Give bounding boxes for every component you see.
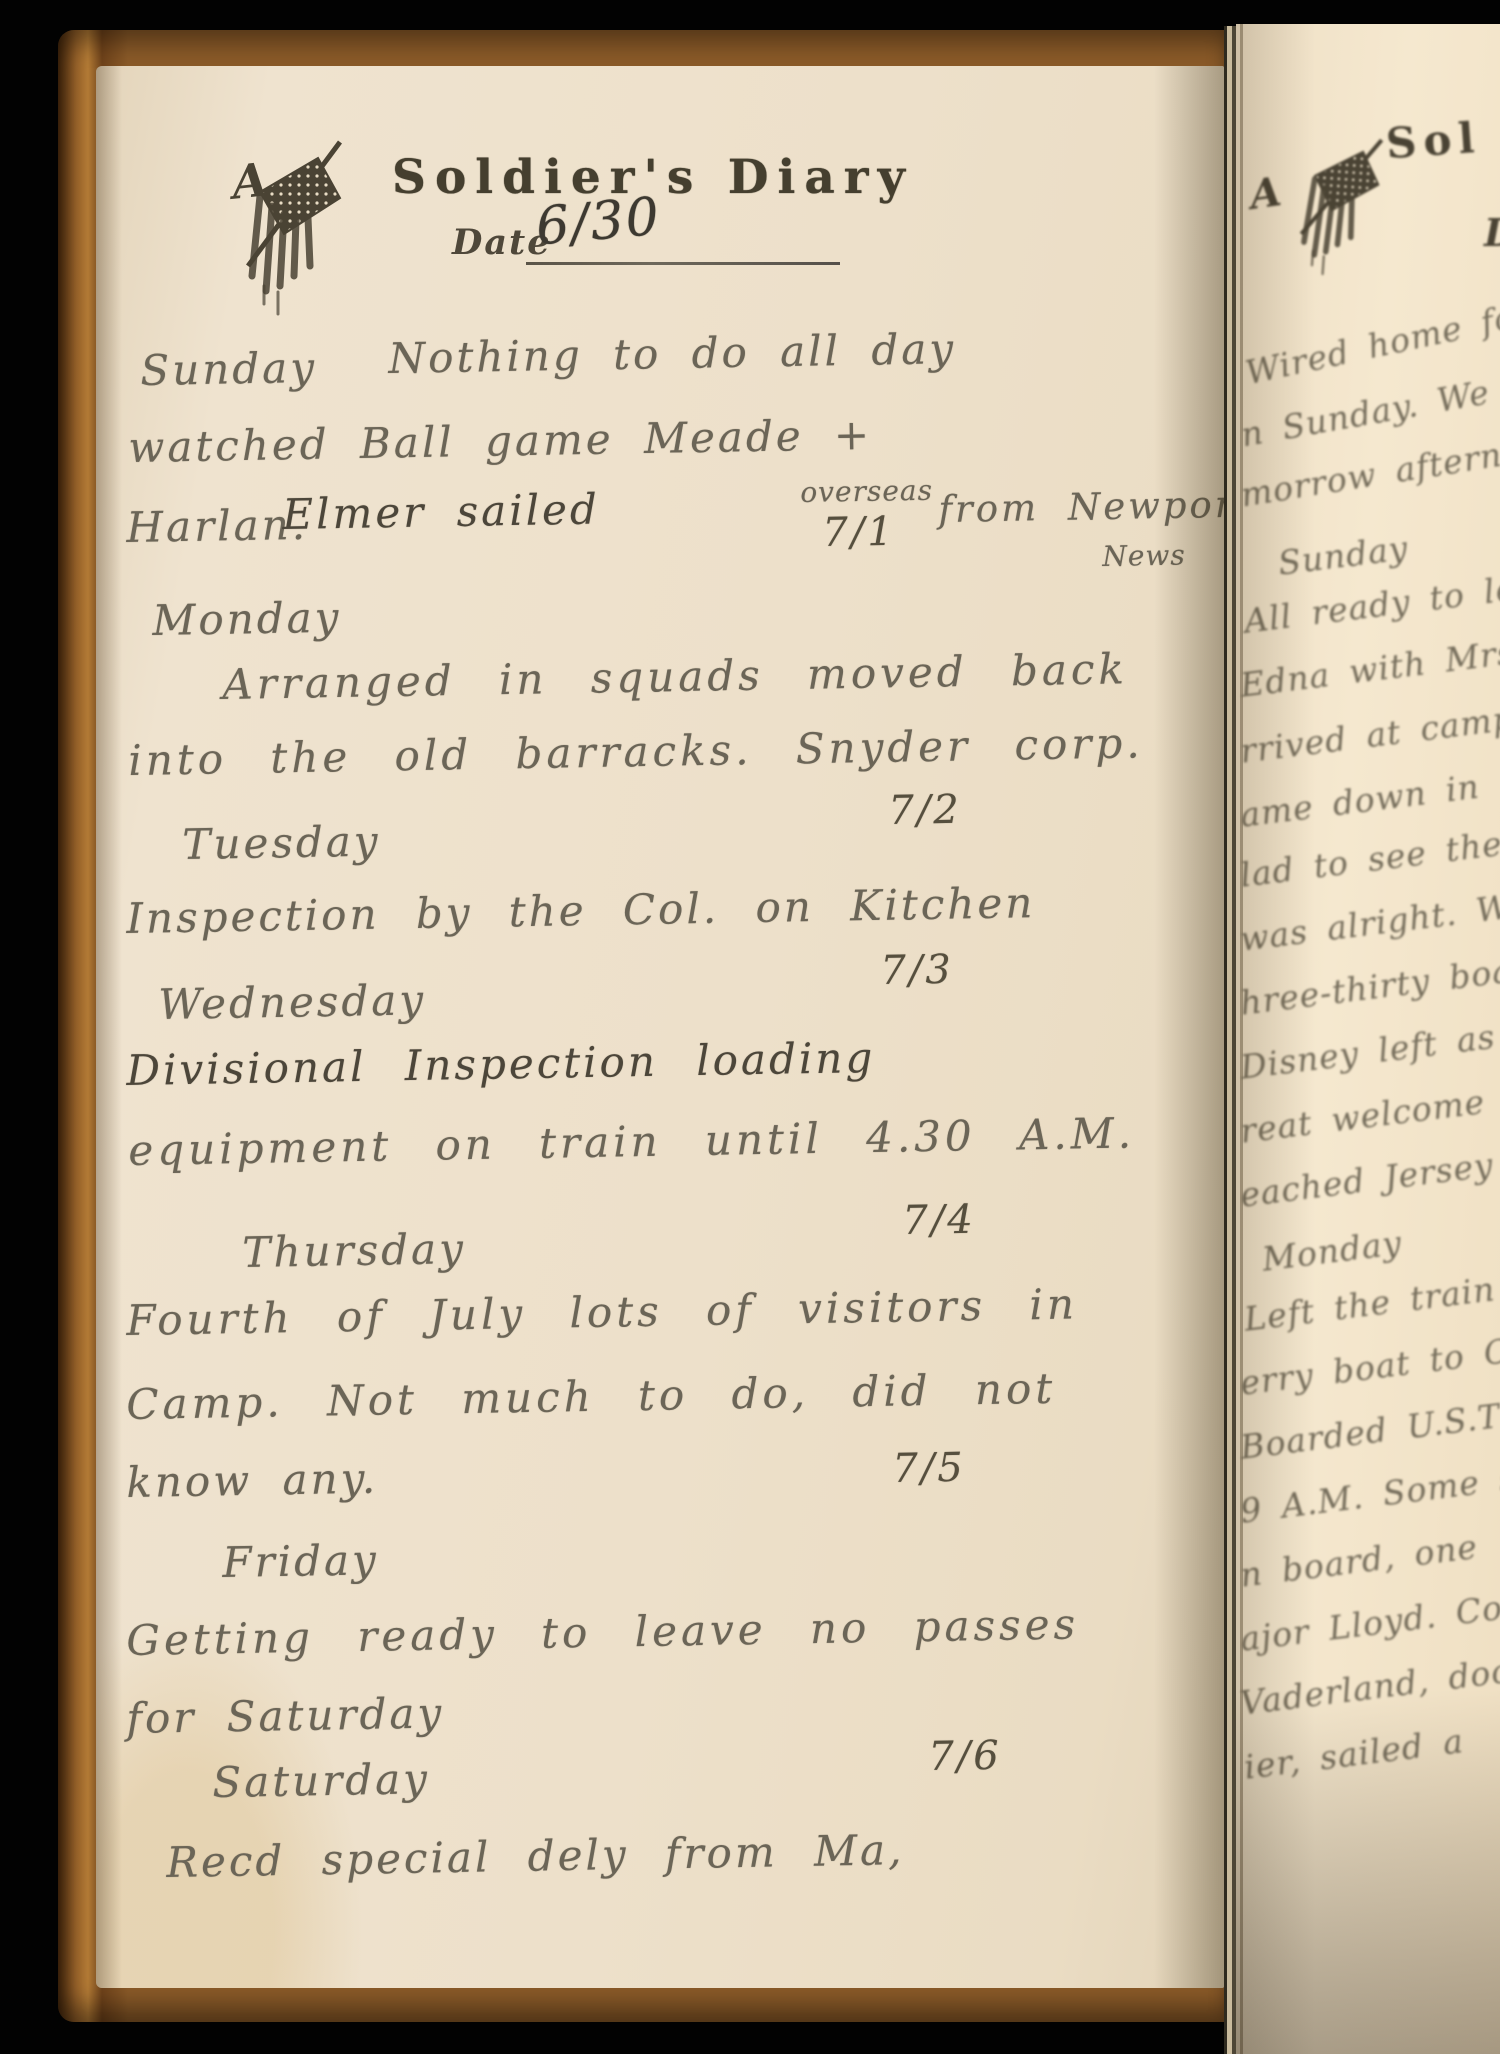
date-label-fragment: D	[1484, 210, 1500, 255]
diary-line: eached Jersey	[1238, 1145, 1496, 1215]
diary-line: Sunday	[1276, 528, 1410, 583]
date-underline	[526, 262, 840, 265]
diary-line: Fourth of July lots of visitors in	[126, 1279, 1078, 1345]
page-gutter	[1224, 26, 1236, 2054]
diary-line: Thursday	[242, 1224, 466, 1277]
diary-line: Divisional Inspection loading	[126, 1033, 876, 1095]
diary-line: Disney left as	[1238, 1017, 1497, 1087]
diary-line: Recd special dely from Ma,	[166, 1825, 905, 1887]
diary-line: know any.	[126, 1454, 379, 1507]
right-page-content: A Sol D Wired home for n Sunday. We a mo…	[1236, 24, 1500, 2054]
diary-line: hree-thirty boa	[1238, 951, 1500, 1023]
diary-line: reat welcome	[1238, 1082, 1487, 1151]
date-value: 6/30	[534, 187, 664, 258]
diary-line: was alright. We	[1238, 885, 1500, 959]
diary-line: into the old barracks. Snyder corp.	[128, 718, 1144, 785]
diary-line: Edna with Mrs	[1238, 632, 1500, 704]
entry-date: 7/3	[880, 947, 954, 994]
diary-line: News	[1102, 539, 1186, 573]
diary-line: Saturday	[212, 1754, 430, 1807]
diary-line: Camp. Not much to do, did not	[126, 1364, 1057, 1429]
diary-line: Left the train	[1242, 1269, 1497, 1338]
entry-date: 7/2	[888, 787, 962, 834]
diary-line: Friday	[222, 1535, 379, 1587]
diary-line: Tuesday	[182, 817, 381, 869]
diary-line: Vaderland, doc	[1238, 1651, 1500, 1723]
diary-line: Monday	[1260, 1223, 1404, 1279]
diary-line: rrived at camp	[1238, 698, 1500, 770]
header-prefix: A	[1247, 168, 1284, 219]
diary-line: Inspection by the Col. on Kitchen	[126, 878, 1036, 943]
diary-line: Arranged in squads moved back	[222, 644, 1128, 709]
flag-icon	[1271, 124, 1394, 291]
left-page: A Soldier's Diary Date 6/30 Sunday Nothi…	[96, 66, 1224, 1988]
entry-date: 7/4	[902, 1197, 976, 1244]
diary-line: Elmer sailed	[282, 484, 600, 539]
diary-line: from Newport	[938, 483, 1224, 531]
diary-line: ajor Lloyd. Co	[1238, 1588, 1500, 1659]
diary-line: watched Ball game Meade +	[128, 410, 873, 472]
diary-line: Nothing to do all day	[388, 324, 956, 383]
entry-date: 7/5	[892, 1445, 966, 1492]
diary-line: Harlan.	[126, 500, 308, 552]
entry-date: 7/1	[822, 509, 896, 556]
diary-line: lad to see them	[1238, 820, 1500, 895]
diary-line: overseas	[800, 474, 933, 509]
diary-line: n board, one	[1238, 1527, 1480, 1595]
photo-background: A Soldier's Diary Date 6/30 Sunday Nothi…	[0, 0, 1500, 2054]
header-prefix: A	[229, 152, 270, 209]
diary-line: 9 A.M. Some s	[1238, 1458, 1500, 1531]
diary-line: Getting ready to leave no passes	[126, 1599, 1079, 1665]
diary-line: erry boat to C	[1238, 1331, 1500, 1403]
diary-line: Boarded U.S.T	[1238, 1396, 1500, 1467]
page-title-fragment: Sol	[1384, 113, 1482, 169]
diary-line: equipment on train until 4.30 A.M.	[128, 1108, 1135, 1175]
diary-line: Sunday	[140, 343, 317, 395]
diary-line: Wednesday	[158, 975, 426, 1029]
diary-line: Monday	[152, 593, 342, 645]
diary-line: ier, sailed a	[1242, 1721, 1466, 1787]
diary-line: for Saturday	[126, 1688, 445, 1743]
entry-date: 7/6	[928, 1733, 1002, 1780]
diary-line: ame down in	[1238, 767, 1482, 835]
right-page: A Sol D Wired home for n Sunday. We a mo…	[1236, 24, 1500, 2054]
